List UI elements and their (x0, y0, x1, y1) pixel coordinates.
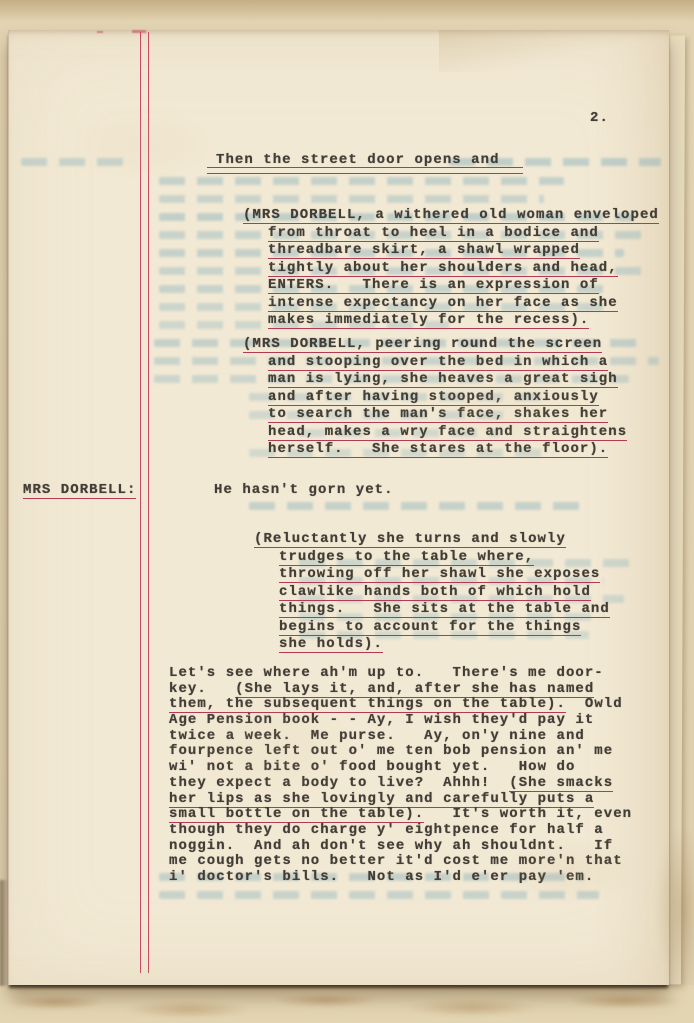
scene-heading-text: Then the street door opens and (216, 152, 500, 168)
bleed-through-text-row (249, 502, 584, 510)
bleed-through-text-row (21, 158, 133, 166)
dialogue-line: wi' not a bite o' food bought yet. How d… (169, 760, 632, 776)
dialogue-line: though they do charge y' eightpence for … (169, 823, 632, 839)
double-underline-rule (207, 167, 523, 174)
script-sheet: 2. Then the street door opens and (MRS D… (8, 30, 669, 985)
bleed-through-text-row (159, 177, 564, 185)
stage-direction-line: (Reluctantly she turns and slowly (254, 531, 610, 549)
dialogue-line: noggin. And ah don't see why ah shouldnt… (169, 839, 632, 855)
dialogue-line: fourpence left out o' me ten bob pension… (169, 744, 632, 760)
red-ink-speck (97, 31, 103, 33)
stage-direction-line: throwing off her shawl she exposes (254, 566, 610, 584)
stage-direction-line: to search the man's face, shakes her (243, 406, 627, 424)
dialogue-line: Age Pension book - - Ay, I wish they'd p… (169, 713, 632, 729)
stage-direction-line: head, makes a wry face and straightens (243, 424, 627, 442)
stage-direction-line: herself. She stares at the floor). (243, 441, 627, 459)
red-ink-speck (132, 30, 146, 33)
dialogue-line: her lips as she lovingly and carefully p… (169, 792, 632, 808)
stage-direction-1: (MRS DORBELL, a withered old woman envel… (243, 207, 659, 330)
stage-direction-line: things. She sits at the table and (254, 601, 610, 619)
dialogue-first-line: He hasn't gorn yet. (214, 482, 394, 498)
dialogue-paragraph: Let's see where ah'm up to. There's me d… (169, 666, 632, 886)
stage-direction-line: clawlike hands both of which hold (254, 584, 610, 602)
stage-direction-line: (MRS DORBELL, peering round the screen (243, 336, 627, 354)
stage-direction-3: (Reluctantly she turns and slowlytrudges… (254, 531, 610, 654)
stage-direction-line: begins to account for the things (254, 619, 610, 637)
stage-direction-line: tightly about her shoulders and head, (243, 260, 659, 278)
stage-direction-line: ENTERS. There is an expression of (243, 277, 659, 295)
stage-direction-line: makes immediately for the recess). (243, 312, 659, 330)
page-edge-shadow (0, 880, 8, 986)
dialogue-line: me cough gets no better it'd cost me mor… (169, 854, 632, 870)
scanned-script-page: { "page": { "number": "2." }, "scene_hea… (0, 0, 694, 1023)
dialogue-line: Let's see where ah'm up to. There's me d… (169, 666, 632, 682)
bleed-through-text-row (159, 195, 544, 203)
stage-direction-line: and after having stooped, anxiously (243, 389, 627, 407)
stage-direction-line: and stooping over the bed in which a (243, 354, 627, 372)
stage-direction-line: man is lying, she heaves a great sigh (243, 371, 627, 389)
bleed-through-text-row (159, 891, 599, 899)
speaker-label: MRS DORBELL: (23, 482, 136, 498)
red-margin-rule (140, 32, 149, 973)
stage-direction-line: intense expectancy on her face as she (243, 295, 659, 313)
dialogue-line: them, the subsequent things on the table… (169, 697, 632, 713)
stage-direction-line: she holds). (254, 636, 610, 654)
water-stain (0, 986, 694, 1022)
dialogue-line: they expect a body to live? Ahhh! (She s… (169, 776, 632, 792)
scene-heading: Then the street door opens and (216, 152, 500, 168)
edge-stain (640, 700, 694, 1000)
stage-direction-line: threadbare skirt, a shawl wrapped (243, 242, 659, 260)
corner-fold (439, 30, 669, 72)
stage-direction-line: (MRS DORBELL, a withered old woman envel… (243, 207, 659, 225)
dialogue-line: small bottle on the table). It's worth i… (169, 807, 632, 823)
stage-direction-2: (MRS DORBELL, peering round the screenan… (243, 336, 627, 459)
page-number: 2. (590, 110, 609, 126)
speaker-name: MRS DORBELL: (23, 482, 136, 499)
stage-direction-line: from throat to heel in a bodice and (243, 225, 659, 243)
stage-direction-line: trudges to the table where, (254, 549, 610, 567)
dialogue-line: i' doctor's bills. Not as I'd e'er pay '… (169, 870, 632, 886)
